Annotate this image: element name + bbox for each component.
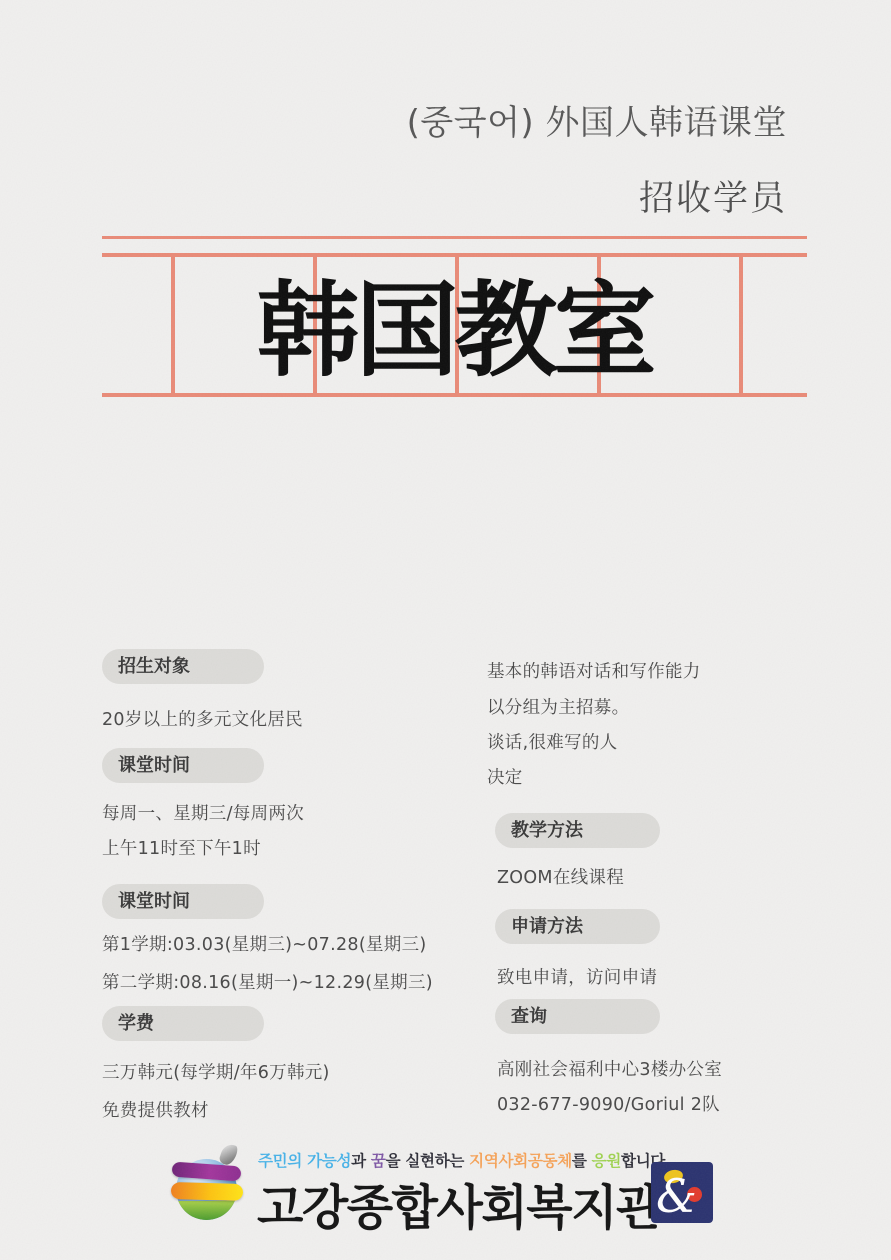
frame-top-rule — [102, 236, 807, 239]
fee-line2: 免费提供教材 — [102, 1097, 209, 1122]
globe-orange-band — [171, 1182, 243, 1201]
slogan-seg: 과 — [351, 1152, 371, 1170]
poster-subtitle: (중국어) 外国人韩语课堂 — [407, 95, 787, 144]
apply-method-text: 致电申请，访问申请 — [497, 964, 657, 989]
footer-slogan: 주민의 가능성과 꿈을 실현하는 지역사회공동체를 응원합니다. — [258, 1149, 671, 1171]
poster-page: (중국어) 外国人韩语课堂 招收学员 韩国教室 招生对象 20岁以上的多元文化居… — [0, 0, 891, 1260]
welfare-center-globe-icon — [174, 1144, 246, 1230]
teaching-method-badge: 教学方法 — [495, 813, 660, 848]
teaching-method-text: ZOOM在线课程 — [497, 864, 624, 889]
banner-title: 韩国教室 — [102, 250, 807, 393]
inquiry-badge: 查询 — [495, 999, 660, 1034]
intro-line3: 谈话,很难写的人 — [487, 729, 617, 754]
intro-line1: 基本的韩语对话和写作能力 — [487, 658, 701, 683]
intro-line4: 决定 — [487, 764, 523, 789]
apply-method-badge: 申请方法 — [495, 909, 660, 944]
slogan-seg: 을 실현하는 — [386, 1152, 470, 1170]
term-badge: 课堂时间 — [102, 884, 264, 919]
fee-line1: 三万韩元(每学期/年6万韩元) — [102, 1059, 330, 1084]
city-emblem: & — [651, 1162, 713, 1223]
slogan-seg-purple: 꿈 — [371, 1152, 386, 1170]
org-name: 고강종합사회복지관 — [257, 1169, 661, 1238]
slogan-seg-green: 응원 — [592, 1152, 621, 1170]
slogan-seg: 를 — [572, 1152, 592, 1170]
recruit-target-badge: 招生对象 — [102, 649, 264, 684]
intro-line2: 以分组为主招募。 — [487, 694, 629, 719]
slogan-seg-blue: 주민의 가능성 — [258, 1152, 351, 1170]
term-line2: 第二学期:08.16(星期一)~12.29(星期三) — [102, 969, 433, 994]
globe-green-band — [176, 1201, 237, 1220]
inquiry-line2: 032-677-9090/Goriul 2队 — [497, 1091, 720, 1116]
recruit-target-text: 20岁以上的多元文化居民 — [102, 706, 303, 731]
inquiry-line1: 高刚社会福利中心3楼办公室 — [497, 1056, 722, 1081]
emblem-ampersand-icon: & — [656, 1173, 697, 1219]
poster-recruit-title: 招收学员 — [639, 171, 787, 221]
term-line1: 第1学期:03.03(星期三)~07.28(星期三) — [102, 931, 427, 956]
class-time-badge: 课堂时间 — [102, 748, 264, 783]
fee-badge: 学费 — [102, 1006, 264, 1041]
class-time-line1: 每周一、星期三/每周两次 — [102, 800, 304, 825]
class-time-line2: 上午11时至下午1时 — [102, 835, 261, 860]
slogan-seg-orange: 지역사회공동체 — [469, 1152, 572, 1170]
